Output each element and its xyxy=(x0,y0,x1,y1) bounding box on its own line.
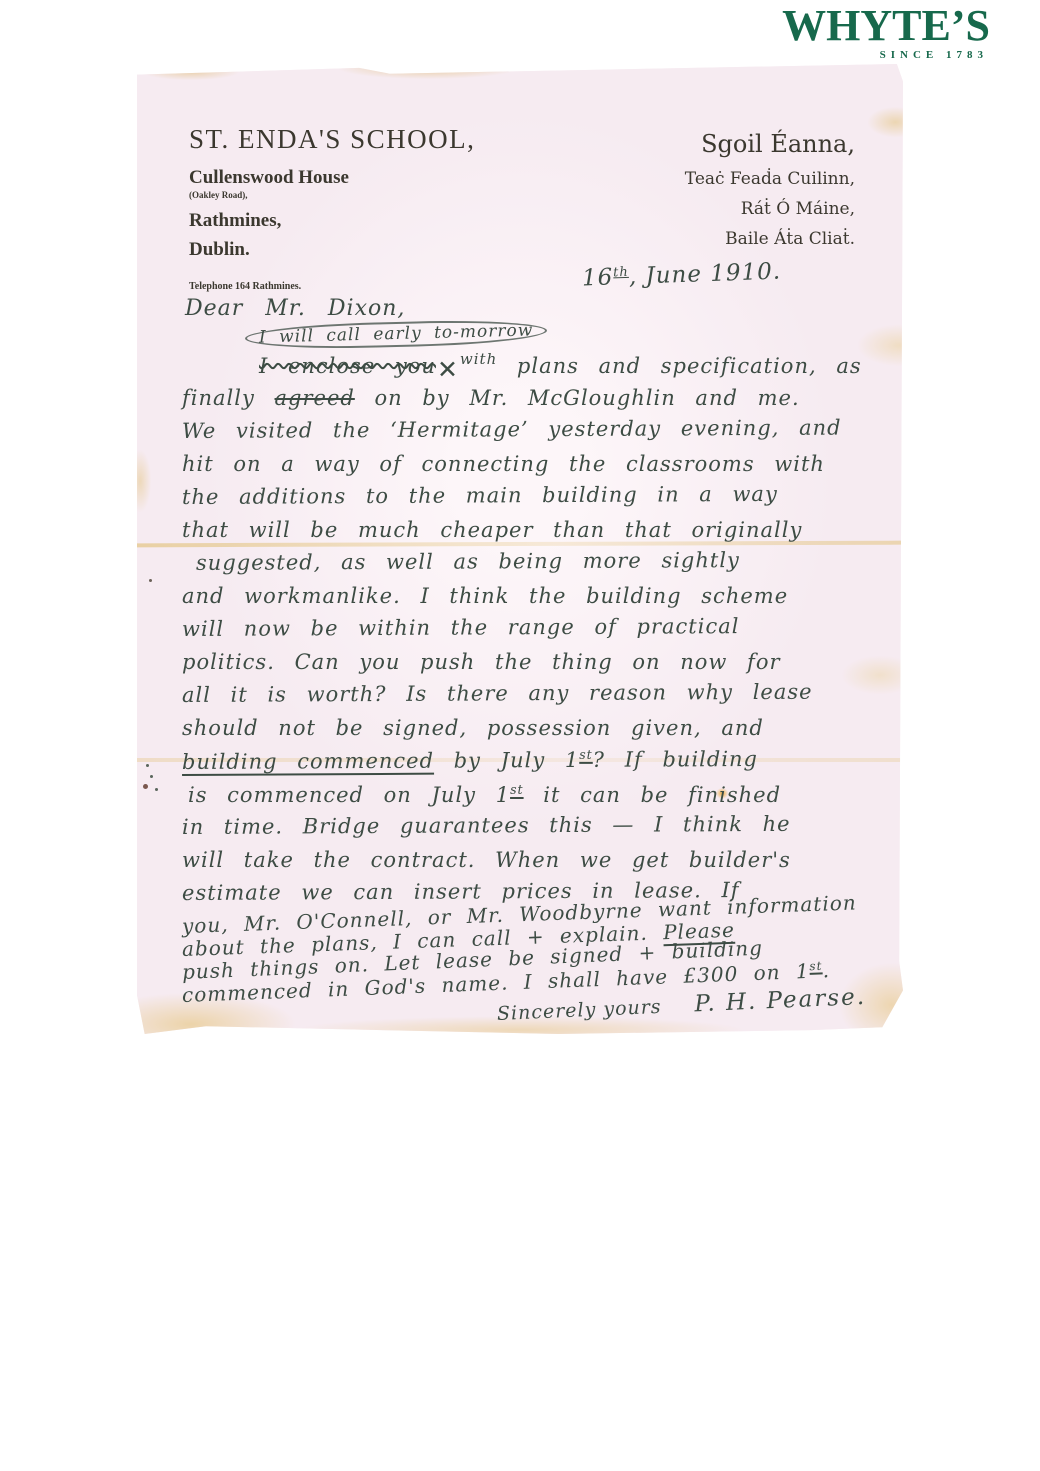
school-name: ST. ENDA'S SCHOOL, xyxy=(189,124,475,155)
salutation: Dear Mr. Dixon, xyxy=(185,296,405,321)
body-line: finally agreed on by Mr. McGloughlin and… xyxy=(182,386,892,419)
whytes-logo-tagline: SINCE 1783 xyxy=(782,49,990,61)
first-body-line: I enclose you✕with plans and specificati… xyxy=(259,354,862,384)
inserted-note: I will call early to-morrow xyxy=(245,318,548,351)
caret-mark: ✕ xyxy=(437,355,459,384)
date-ordinal: th xyxy=(613,265,629,281)
address-road: (Oakley Road), xyxy=(189,190,475,200)
ink-specks xyxy=(146,764,149,767)
whytes-logo: WHYTE’S SINCE 1783 xyxy=(782,4,990,61)
address-house: Cullenswood House xyxy=(189,167,475,189)
irish-address-district: Ráṫ Ó Máine, xyxy=(685,199,855,219)
body-line: and workmanlike. I think the building sc… xyxy=(182,584,892,617)
closing-text: Sincerely yours xyxy=(497,996,662,1025)
letter-body: finally agreed on by Mr. McGloughlin and… xyxy=(182,386,892,1006)
date-day: 16 xyxy=(582,264,614,291)
address-district: Rathmines, xyxy=(189,210,475,232)
body-line: should not be signed, possession given, … xyxy=(182,716,892,749)
irish-address-city: Baile Áṫa Cliaṫ. xyxy=(685,229,855,249)
whytes-logo-text: WHYTE’S xyxy=(782,4,990,48)
body-line: We visited the ‘Hermitage’ yesterday eve… xyxy=(182,415,892,452)
body-line: all it is worth? Is there any reason why… xyxy=(182,679,892,716)
first-line-rest: plans and specification, as xyxy=(497,354,861,378)
irish-school-name: Sgoil Éanna, xyxy=(685,130,855,158)
body-line: politics. Can you push the thing on now … xyxy=(182,650,892,683)
date-rest: , June 1910. xyxy=(628,259,781,290)
address-city: Dublin. xyxy=(189,239,475,261)
body-line: will now be within the range of practica… xyxy=(182,613,892,650)
inserted-note-text: I will call early to-morrow xyxy=(259,320,534,347)
irish-address-house: Teaċ Feaḋa Cuilinn, xyxy=(685,169,855,189)
letterhead-english: ST. ENDA'S SCHOOL, Cullenswood House (Oa… xyxy=(189,124,475,292)
deleted-text: I enclose you xyxy=(259,354,436,378)
body-line: will take the contract. When we get buil… xyxy=(182,848,892,881)
body-line: that will be much cheaper than that orig… xyxy=(182,518,892,551)
telephone-line: Telephone 164 Rathmines. xyxy=(189,281,475,292)
body-line: is commenced on July 1st it can be finis… xyxy=(182,782,892,815)
body-line: building commenced by July 1st? If build… xyxy=(182,745,892,782)
letterhead-irish: Sgoil Éanna, Teaċ Feaḋa Cuilinn, Ráṫ Ó M… xyxy=(685,130,855,259)
body-line: hit on a way of connecting the classroom… xyxy=(182,452,892,485)
letter-date: 16th, June 1910. xyxy=(582,259,782,292)
body-line: suggested, as well as being more sightly xyxy=(182,547,892,584)
letter-scan: ST. ENDA'S SCHOOL, Cullenswood House (Oa… xyxy=(137,64,903,1034)
inserted-word: with xyxy=(460,350,497,368)
body-line: in time. Bridge guarantees this — I thin… xyxy=(182,811,892,848)
body-line: the additions to the main building in a … xyxy=(182,481,892,518)
